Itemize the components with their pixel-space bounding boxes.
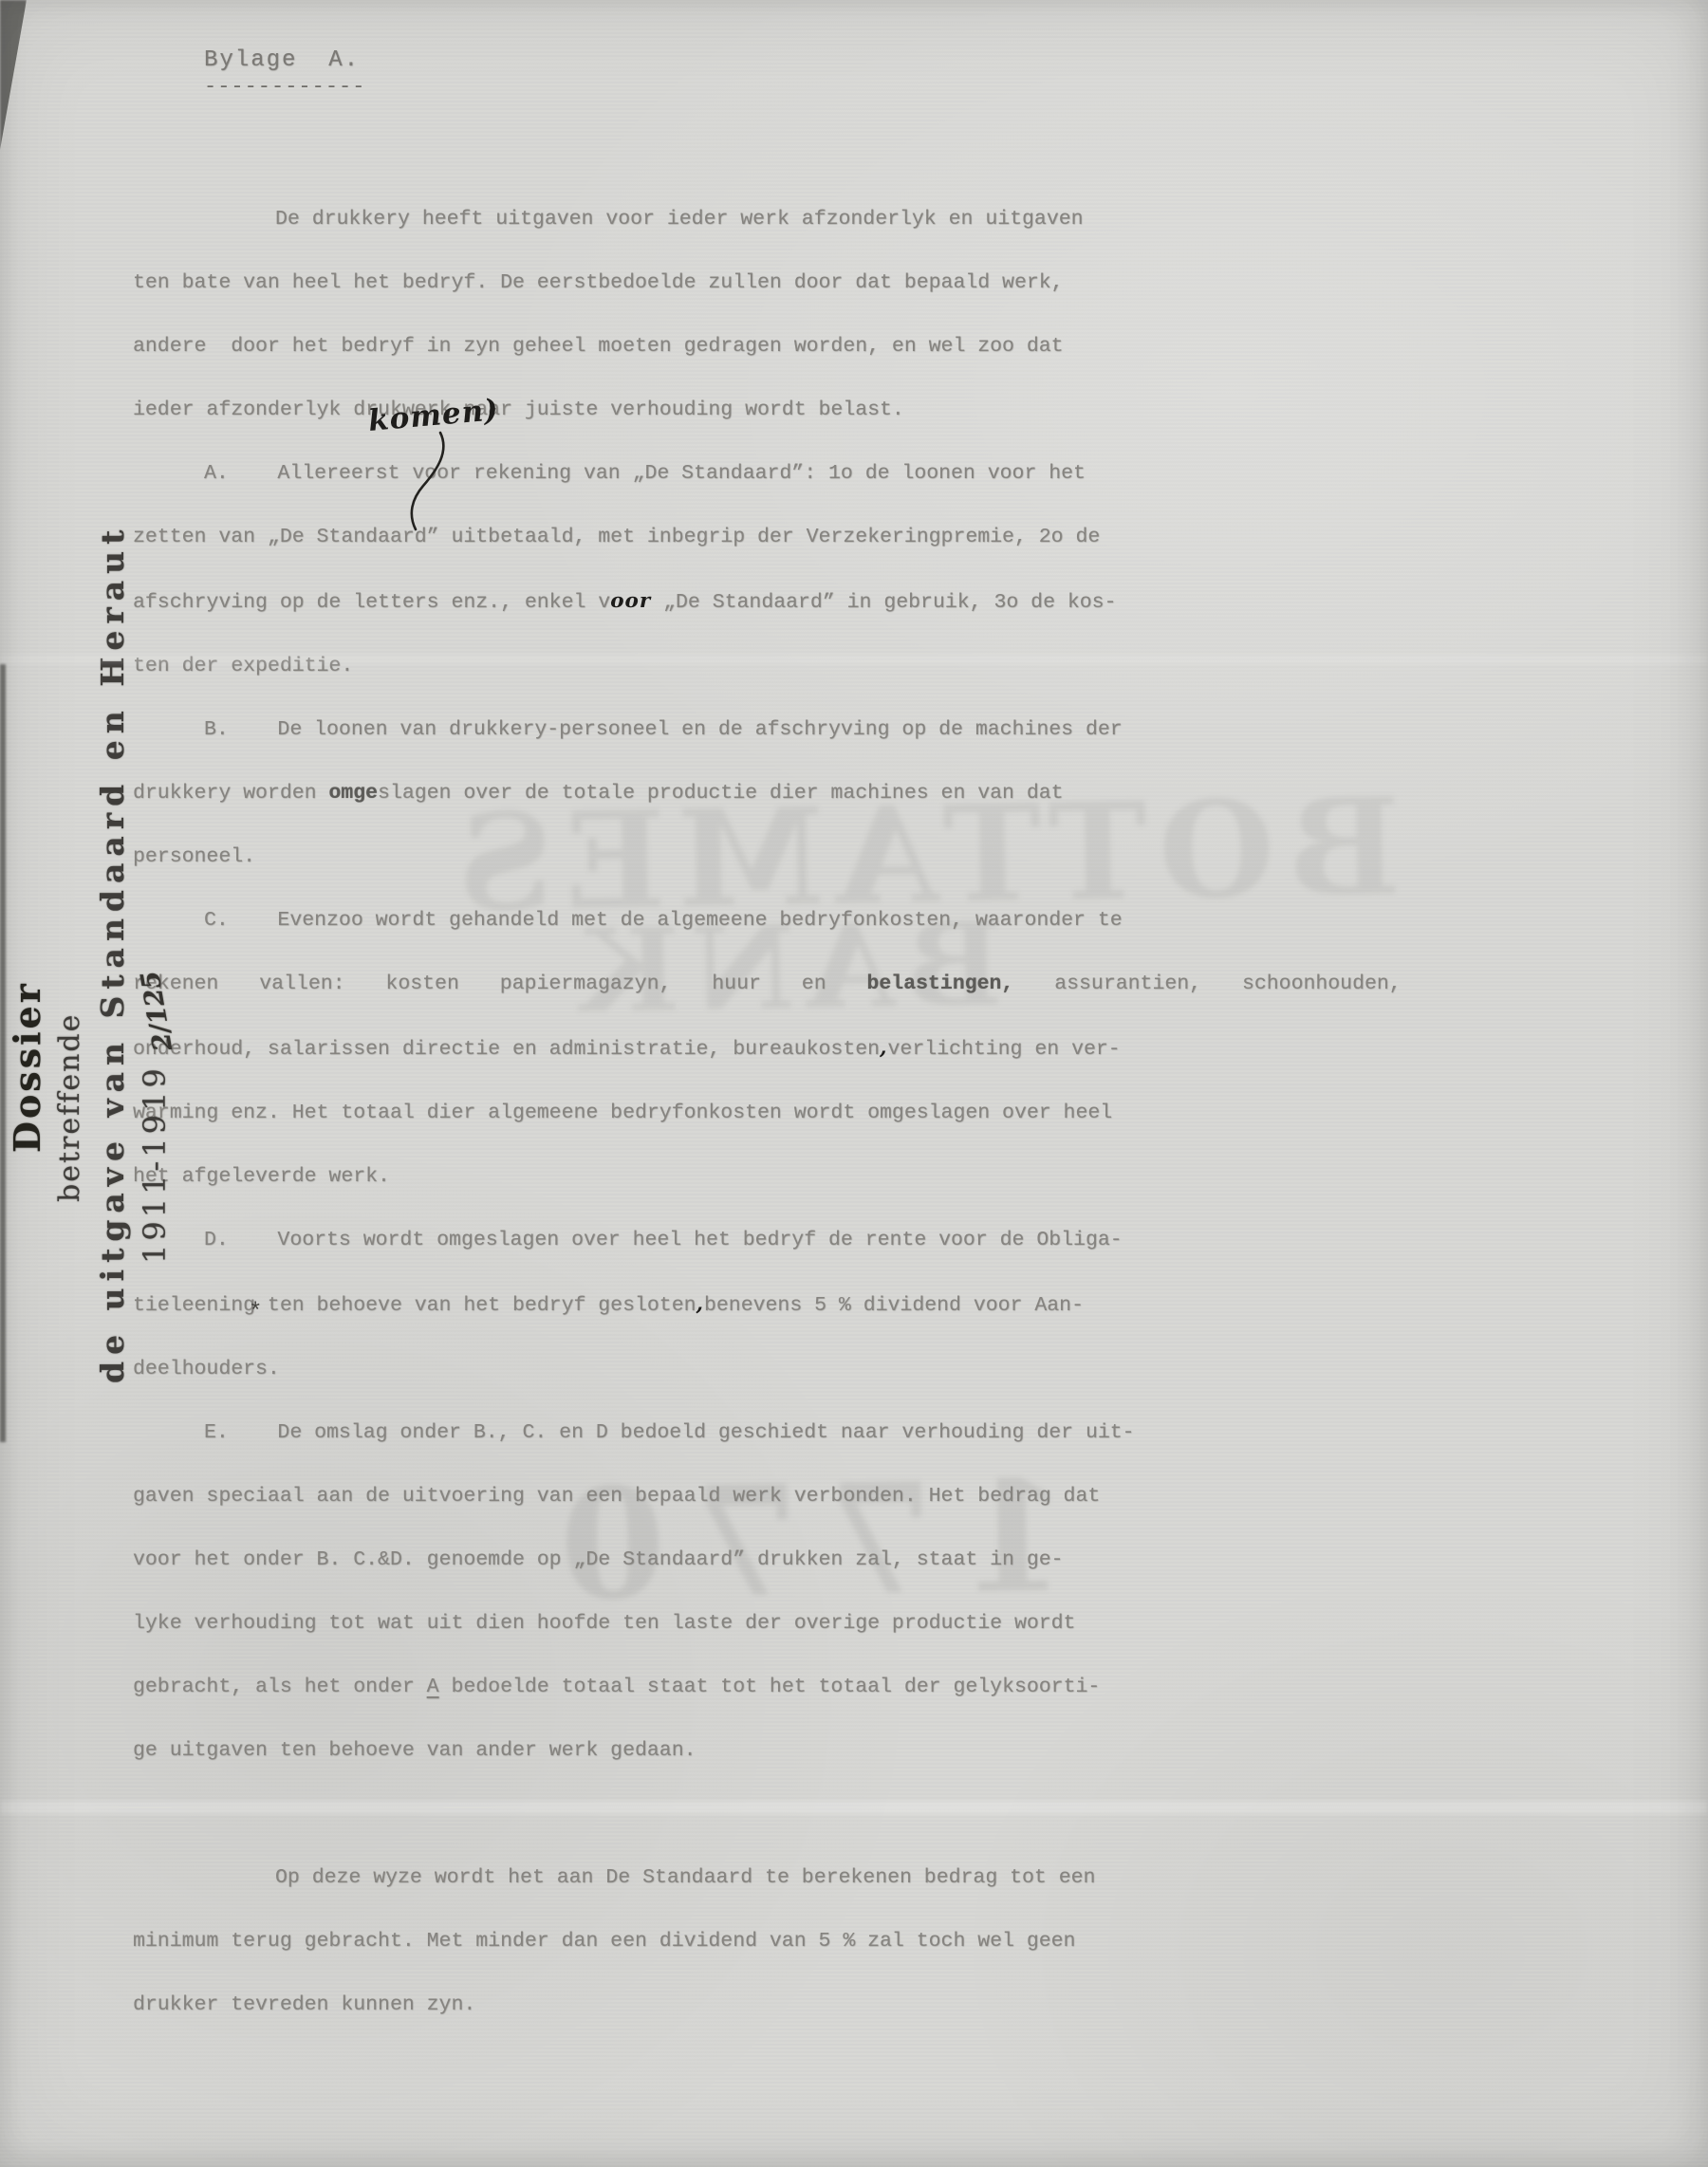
typed-line: andere door het bedryf in zyn geheel moe… [133,315,1632,379]
stamp-years: 1911-1919 [137,1065,173,1264]
typed-text-segment: warming enz. Het totaal dier algemeene b… [133,1102,1112,1124]
typed-text-segment: A. Allereerst voor rekening van „De Stan… [204,462,1086,485]
correction-segment: oor [610,589,651,613]
scan-corner-artifact [0,0,27,150]
typed-text-segment: assurantien, schoonhouden, [1013,972,1401,995]
typed-line: gebracht, als het onder A bedoelde totaa… [133,1656,1632,1719]
document-title-block: Bylage A. ------------ [204,47,365,99]
typed-text-segment: rekenen vallen: kosten papiermagazyn, hu… [133,972,867,995]
typed-text-segment: C. Evenzoo wordt gehandeld met de algeme… [204,909,1123,932]
typed-text-segment: E. De omslag onder B., C. en D bedoeld g… [204,1421,1135,1444]
typed-line: het afgeleverde werk. [133,1145,1632,1209]
typewritten-body: De drukkery heeft uitgaven voor ieder we… [133,188,1632,2037]
footnote-asterisk-mark: * [249,1300,262,1325]
typed-text-segment: De drukkery heeft uitgaven voor ieder we… [275,208,1084,231]
typed-text-segment: D. Voorts wordt omgeslagen over heel het… [204,1229,1123,1251]
typed-line: voor het onder B. C.&D. genoemde op „De … [133,1528,1632,1592]
typed-text-segment: „De Standaard” in gebruik, 3o de kos- [651,591,1116,614]
scan-edge-artifact [0,664,6,1442]
typed-line: D. Voorts wordt omgeslagen over heel het… [133,1209,1632,1272]
typed-line: E. De omslag onder B., C. en D bedoeld g… [133,1401,1632,1465]
typed-line: Op deze wyze wordt het aan De Standaard … [133,1846,1632,1910]
scan-light-band [0,1801,1708,1814]
typed-line: C. Evenzoo wordt gehandeld met de algeme… [133,889,1632,953]
typed-text-segment: afschryving op de letters enz., enkel v [133,591,610,614]
title-dashed-underline: ------------ [204,75,365,99]
typed-text-segment: drukker tevreden kunnen zyn. [133,1993,475,2016]
typed-text-segment: ieder afzonderlyk drukwerk naar juiste v… [133,398,904,421]
typed-text-segment: gebracht, als het onder [133,1676,427,1698]
typed-line: A. Allereerst voor rekening van „De Stan… [133,442,1632,506]
typed-text-segment: minimum terug gebracht. Met minder dan e… [133,1930,1075,1953]
typed-line: rekenen vallen: kosten papiermagazyn, hu… [133,953,1632,1016]
typed-text-segment: Op deze wyze wordt het aan De Standaard … [275,1866,1095,1889]
typed-line: ieder afzonderlyk drukwerk naar juiste v… [133,379,1632,442]
typed-line: gaven speciaal aan de uitvoering van een… [133,1465,1632,1528]
typed-text-segment: zetten van „De Standaard” uitbetaald, me… [133,526,1100,548]
typed-line: drukkery worden omgeslagen over de total… [133,762,1632,825]
typed-line: minimum terug gebracht. Met minder dan e… [133,1910,1632,1973]
typed-text-segment: ge uitgaven ten behoeve van ander werk g… [133,1739,696,1762]
typed-line: tieleening ten behoeve van het bedryf ge… [133,1272,1632,1338]
typed-line: ten bate van heel het bedryf. De eerstbe… [133,251,1632,315]
typed-line: ge uitgaven ten behoeve van ander werk g… [133,1719,1632,1783]
typed-line: ten der expeditie. [133,635,1632,698]
page-title: Bylage A. [204,47,365,73]
typed-line: personeel. [133,825,1632,889]
typed-text-segment: andere door het bedryf in zyn geheel moe… [133,335,1064,358]
scanned-document-page: BOTTAMES BANK 1770 Bylage A. -----------… [0,0,1708,2167]
typed-text-segment: lyke verhouding tot wat uit dien hoofde … [133,1612,1075,1635]
typed-line: De drukkery heeft uitgaven voor ieder we… [133,188,1632,251]
typed-text-segment: ten bate van heel het bedryf. De eerstbe… [133,271,1064,294]
typed-text-segment: voor het onder B. C.&D. genoemde op „De … [133,1548,1064,1571]
typed-line: B. De loonen van drukkery-personeel en d… [133,698,1632,762]
typed-text-segment: verlichting en ver- [888,1038,1121,1061]
typed-line: zetten van „De Standaard” uitbetaald, me… [133,506,1632,569]
insertion-caret-stroke [399,429,465,533]
correction-segment: , [880,1036,888,1060]
scan-light-band [0,655,1708,664]
correction-segment: , [696,1292,705,1316]
typed-line: drukker tevreden kunnen zyn. [133,1973,1632,2037]
correction-segment: belastingen, [867,972,1014,995]
typed-line: lyke verhouding tot wat uit dien hoofde … [133,1592,1632,1656]
typed-line: deelhouders. [133,1338,1632,1401]
typed-text-segment: tieleening ten behoeve van het bedryf ge… [133,1294,696,1317]
typed-text-segment: gaven speciaal aan de uitvoering van een… [133,1485,1100,1508]
correction-segment: A [427,1676,439,1698]
typed-line: afschryving op de letters enz., enkel vo… [133,569,1632,635]
typed-text-segment: bedoelde totaal staat tot het totaal der… [439,1676,1101,1698]
typed-line: warming enz. Het totaal dier algemeene b… [133,1082,1632,1145]
correction-segment: omge [328,782,378,805]
typed-text-segment: onderhoud, salarissen directie en admini… [133,1038,880,1061]
typed-line [133,1783,1632,1846]
typed-line: onderhoud, salarissen directie en admini… [133,1016,1632,1082]
handwritten-file-number: 2/125 [129,968,185,1055]
typed-text-segment: slagen over de totale productie dier mac… [378,782,1064,805]
typed-text-segment: B. De loonen van drukkery-personeel en d… [204,718,1123,741]
typed-text-segment: benevens 5 % dividend voor Aan- [704,1294,1084,1317]
